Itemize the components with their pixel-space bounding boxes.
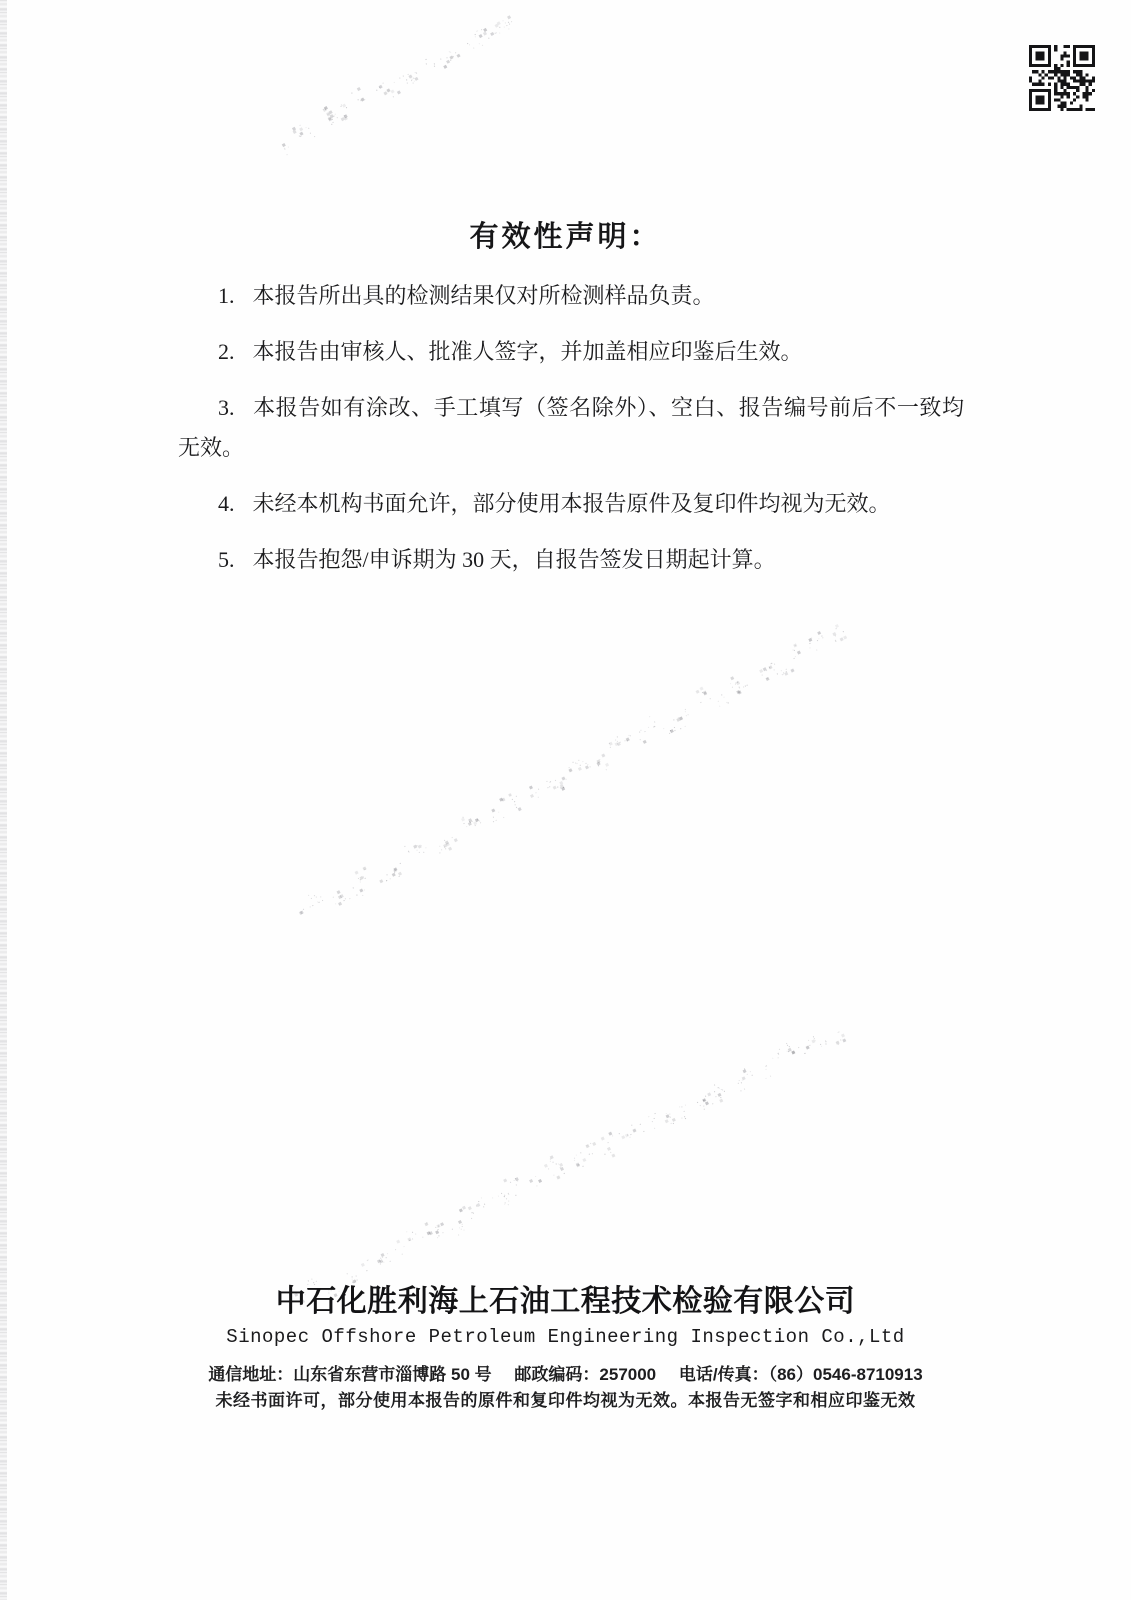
statement-list: 1.本报告所出具的检测结果仅对所检测样品负责。 2.本报告由审核人、批准人签字，…: [178, 276, 964, 596]
document-page: 有效性声明： 1.本报告所出具的检测结果仅对所检测样品负责。 2.本报告由审核人…: [0, 0, 1131, 1600]
page-title: 有效性声明：: [0, 214, 1131, 255]
watermark-streak-top: [274, 2, 520, 164]
postal-code: 邮政编码：257000: [514, 1365, 656, 1384]
item-number: 5.: [218, 547, 253, 572]
company-name-cn: 中石化胜利海上石油工程技术检验有限公司: [0, 1282, 1131, 1322]
item-text: 未经本机构书面允许，部分使用本报告原件及复印件均视为无效。: [253, 491, 891, 516]
statement-item-5: 5.本报告抱怨/申诉期为 30 天，自报告签发日期起计算。: [178, 540, 964, 580]
item-number: 4.: [218, 491, 253, 516]
item-text: 本报告由审核人、批准人签字，并加盖相应印鉴后生效。: [253, 339, 803, 364]
statement-item-1: 1.本报告所出具的检测结果仅对所检测样品负责。: [178, 276, 964, 316]
footer: 中石化胜利海上石油工程技术检验有限公司 Sinopec Offshore Pet…: [0, 1282, 1131, 1413]
item-text: 本报告所出具的检测结果仅对所检测样品负责。: [253, 283, 715, 308]
item-number: 2.: [218, 339, 253, 364]
qr-code-icon: [1029, 45, 1095, 111]
company-name-en: Sinopec Offshore Petroleum Engineering I…: [0, 1324, 1131, 1350]
statement-item-2: 2.本报告由审核人、批准人签字，并加盖相应印鉴后生效。: [178, 332, 964, 372]
item-text: 本报告如有涂改、手工填写（签名除外）、空白、报告编号前后不一致均无效。: [178, 395, 964, 460]
item-number: 1.: [218, 283, 253, 308]
watermark-streak-bottom: [292, 1016, 844, 1314]
disclaimer-line: 未经书面许可，部分使用本报告的原件和复印件均视为无效。本报告无签字和相应印鉴无效: [0, 1388, 1131, 1413]
watermark-streak-middle: [290, 615, 854, 931]
item-text: 本报告抱怨/申诉期为 30 天，自报告签发日期起计算。: [253, 547, 776, 572]
address-line: 通信地址：山东省东营市淄博路 50 号 邮政编码：257000 电话/传真：（8…: [0, 1362, 1131, 1387]
item-number: 3.: [218, 395, 253, 420]
statement-item-3: 3.本报告如有涂改、手工填写（签名除外）、空白、报告编号前后不一致均无效。: [178, 388, 964, 468]
statement-item-4: 4.未经本机构书面允许，部分使用本报告原件及复印件均视为无效。: [178, 484, 964, 524]
mail-address: 通信地址：山东省东营市淄博路 50 号: [208, 1365, 491, 1384]
phone-fax: 电话/传真：（86）0546-8710913: [679, 1365, 923, 1384]
